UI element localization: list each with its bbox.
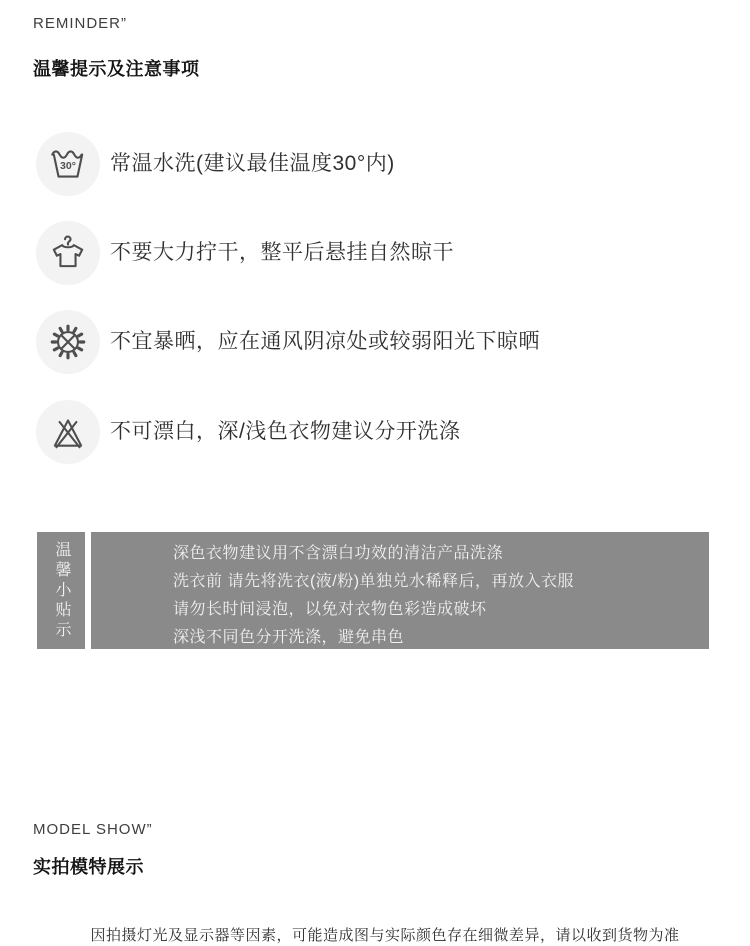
tips-box: 深色衣物建议用不含漂白功效的清洁产品洗涤 洗衣前 请先将洗衣(液/粉)单独兑水稀… xyxy=(91,532,709,649)
tips-box-side-label: 温馨小贴示 xyxy=(37,541,85,641)
care-icon-circle: 30° xyxy=(36,132,100,196)
color-disclaimer-text: 因拍摄灯光及显示器等因素，可能造成图与实际颜色存在细微差异，请以收到货物为准 xyxy=(20,924,750,945)
no-sun-icon xyxy=(47,321,89,363)
model-show-title: 实拍模特展示 xyxy=(33,853,144,879)
tips-line: 深浅不同色分开洗涤，避免串色 xyxy=(173,624,701,652)
wash-temperature-label: 30° xyxy=(60,160,76,172)
tips-line: 请勿长时间浸泡，以免对衣物色彩造成破坏 xyxy=(173,596,701,624)
care-instruction-text: 不可漂白，深/浅色衣物建议分开洗涤 xyxy=(110,419,460,445)
reminder-section-title: 温馨提示及注意事项 xyxy=(33,55,200,81)
care-icon-circle xyxy=(36,221,100,285)
care-instruction-text: 不宜暴晒，应在通风阴凉处或较弱阳光下晾晒 xyxy=(110,329,540,355)
tips-line: 深色衣物建议用不含漂白功效的清洁产品洗涤 xyxy=(173,540,701,568)
tips-line: 洗衣前 请先将洗衣(液/粉)单独兑水稀释后，再放入衣服 xyxy=(173,568,701,596)
wash-30-icon: 30° xyxy=(47,143,89,185)
shirt-hanger-icon xyxy=(47,232,89,274)
care-instruction-text: 不要大力拧干，整平后悬挂自然晾干 xyxy=(110,240,454,266)
care-icon-circle xyxy=(36,400,100,464)
care-icon-circle xyxy=(36,310,100,374)
no-bleach-icon xyxy=(47,411,89,453)
model-show-eyebrow: MODEL SHOW” xyxy=(33,821,153,838)
tips-box-side-strip: 温馨小贴示 xyxy=(37,532,85,649)
reminder-eyebrow: REMINDER” xyxy=(33,15,127,32)
care-instructions-page: REMINDER” 温馨提示及注意事项 30° 常温水洗(建议最佳温度30°内)… xyxy=(0,0,750,946)
care-instruction-text: 常温水洗(建议最佳温度30°内) xyxy=(110,151,395,177)
tips-box-lines: 深色衣物建议用不含漂白功效的清洁产品洗涤 洗衣前 请先将洗衣(液/粉)单独兑水稀… xyxy=(173,540,701,652)
